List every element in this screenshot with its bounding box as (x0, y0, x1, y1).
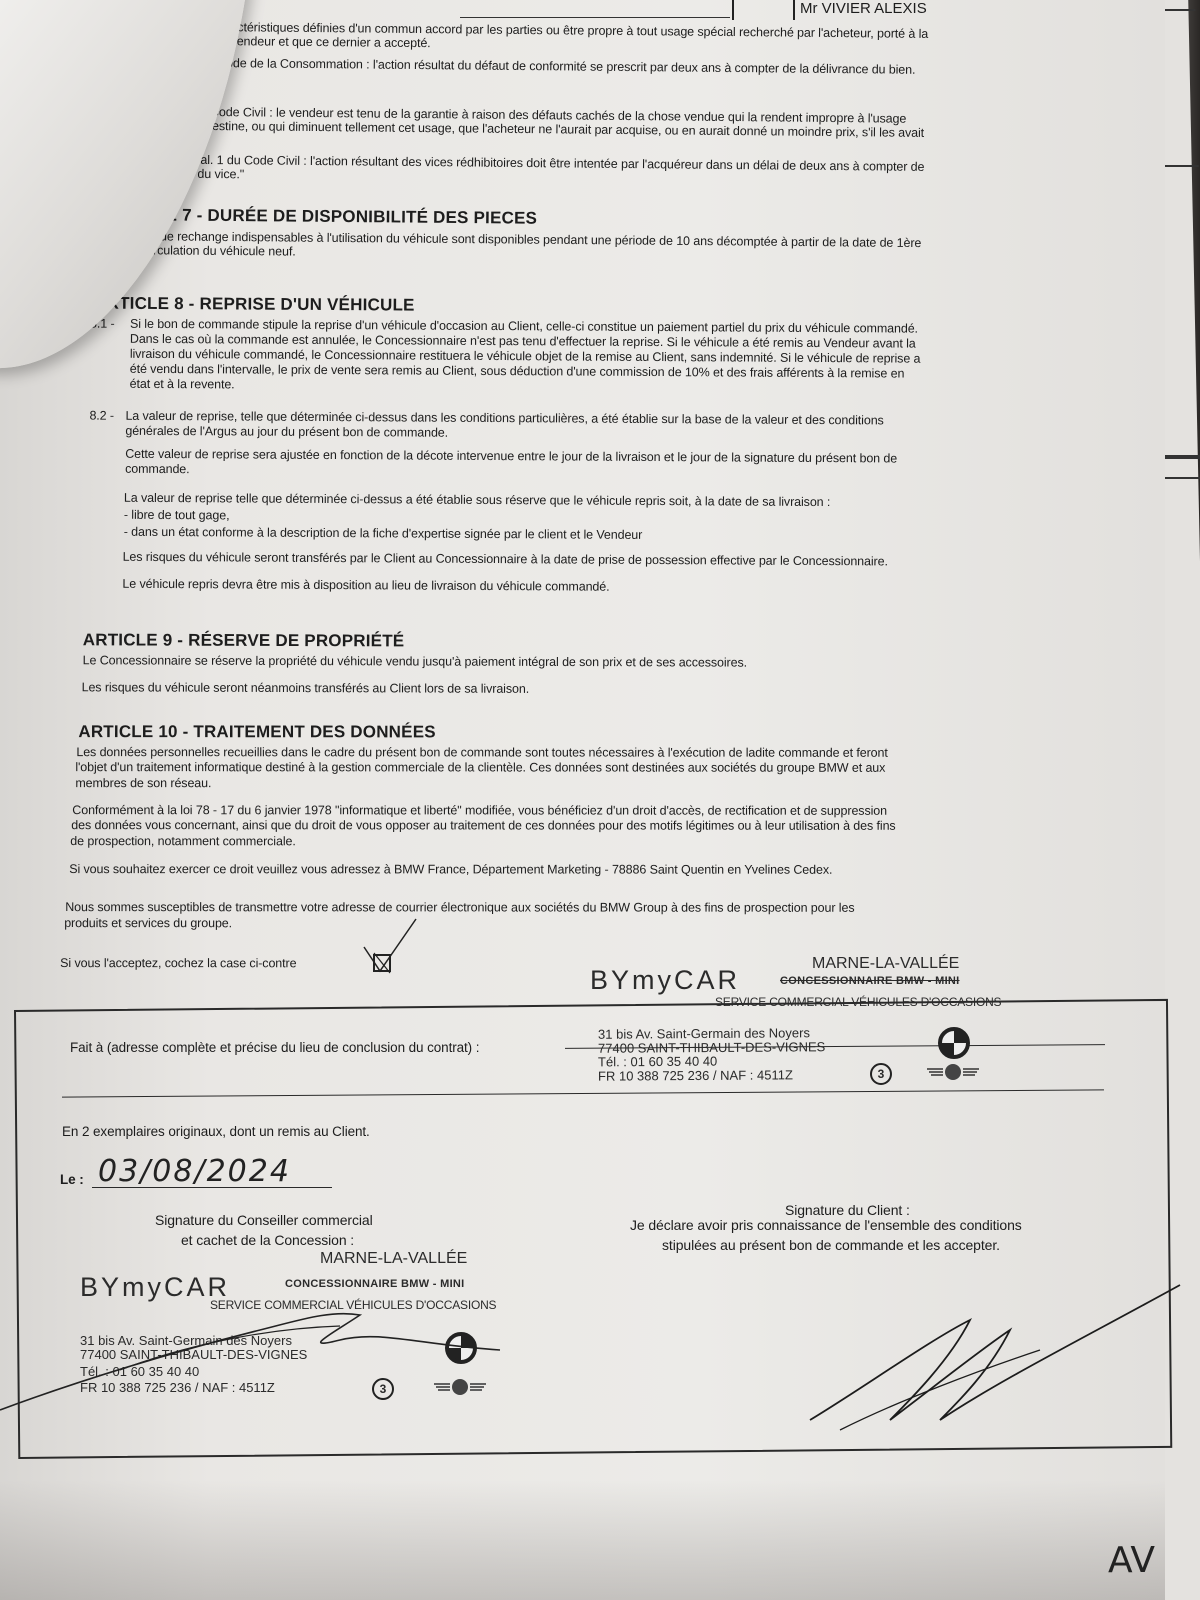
article-8-2-text: La valeur de reprise telle que déterminé… (124, 491, 830, 509)
client-declaration: stipulées au présent bon de commande et … (662, 1237, 1000, 1253)
article-10-text: Si vous souhaitez exercer ce droit veuil… (69, 862, 832, 877)
article-10-text: produits et services du groupe. (64, 916, 232, 930)
article-8-1-text: état et à la revente. (130, 377, 235, 392)
advisor-signature-label: Signature du Conseiller commercial (155, 1212, 373, 1228)
article-9-title: ARTICLE 9 - RÉSERVE DE PROPRIÉTÉ (83, 630, 405, 651)
article-10-text: membres de son réseau. (75, 776, 211, 790)
article-10-text: l'objet d'un traitement informatique des… (75, 760, 885, 775)
stamp-service: SERVICE COMMERCIAL VÉHICULES D'OCCASIONS (715, 995, 1001, 1009)
advisor-signature (0, 1290, 520, 1430)
copies-text: En 2 exemplaires originaux, dont un remi… (62, 1124, 370, 1139)
header-rule (460, 17, 730, 18)
place-label: Fait à (adresse complète et précise du l… (70, 1040, 479, 1055)
article-8-title: ARTICLE 8 - REPRISE D'UN VÉHICULE (94, 294, 415, 316)
header-divider (732, 0, 734, 20)
date-field-line (92, 1187, 332, 1188)
client-signature-label: Signature du Client : (785, 1202, 910, 1218)
list-item: - libre de tout gage, (124, 508, 230, 523)
contract-conditions: Mr VIVIER ALEXIS ...nter les caractérist… (0, 0, 1165, 1600)
article-8-2-text: Les risques du véhicule seront transféré… (123, 550, 888, 569)
legal-line: ...L 211-12 du Code de la Consommation :… (139, 55, 915, 76)
article-8-2-text: Le véhicule repris devra être mis à disp… (122, 577, 609, 594)
client-declaration: Je déclare avoir pris connaissance de l'… (630, 1217, 1022, 1233)
stamp-logo: BYmyCAR (590, 965, 740, 996)
section-number: 8.2 - (89, 409, 114, 423)
article-8-2-text: générales de l'Argus au jour du présent … (125, 424, 448, 440)
consent-label: Si vous l'acceptez, cochez la case ci-co… (60, 956, 296, 970)
article-10-text: Conformément à la loi 78 - 17 du 6 janvi… (72, 803, 887, 818)
mini-logo-icon (925, 1063, 981, 1081)
article-8-2-text: commande. (125, 462, 190, 476)
stamp-dealer: CONCESSIONNAIRE BMW - MINI (285, 1278, 465, 1290)
article-10-text: Les données personnelles recueillies dan… (76, 745, 887, 760)
article-10-text: de prospection, notamment commerciale. (70, 834, 295, 848)
stamp-dealer: CONCESSIONNAIRE BMW - MINI (780, 975, 960, 987)
header-divider (793, 0, 795, 20)
stamp-badge: 3 (870, 1063, 892, 1085)
date-label: Le : (60, 1172, 84, 1187)
article-10-text: Nous sommes susceptibles de transmettre … (65, 900, 854, 915)
stamp-city: MARNE-LA-VALLÉE (320, 1250, 467, 1268)
client-name: Mr VIVIER ALEXIS (800, 0, 927, 17)
stamp-city: MARNE-LA-VALLÉE (812, 955, 959, 973)
article-9-text: Les risques du véhicule seront néanmoins… (82, 680, 530, 696)
client-signature (780, 1280, 1200, 1450)
bmw-logo-icon (938, 1027, 970, 1059)
stamp-registry: FR 10 388 725 236 / NAF : 4511Z (598, 1068, 793, 1083)
list-item: - dans un état conforme à la description… (124, 525, 643, 542)
article-9-text: Le Concessionnaire se réserve la proprié… (83, 653, 747, 669)
initials: AV (1108, 1540, 1155, 1581)
date-value[interactable]: 03/08/2024 (98, 1154, 291, 1189)
article-10-text: des données vous concernant, ainsi que d… (71, 818, 895, 833)
article-8-2-text: Cette valeur de reprise sera ajustée en … (125, 447, 897, 466)
checkmark-icon (350, 915, 430, 985)
article-10-title: ARTICLE 10 - TRAITEMENT DES DONNÉES (78, 722, 435, 742)
advisor-signature-label: et cachet de la Concession : (181, 1232, 354, 1248)
